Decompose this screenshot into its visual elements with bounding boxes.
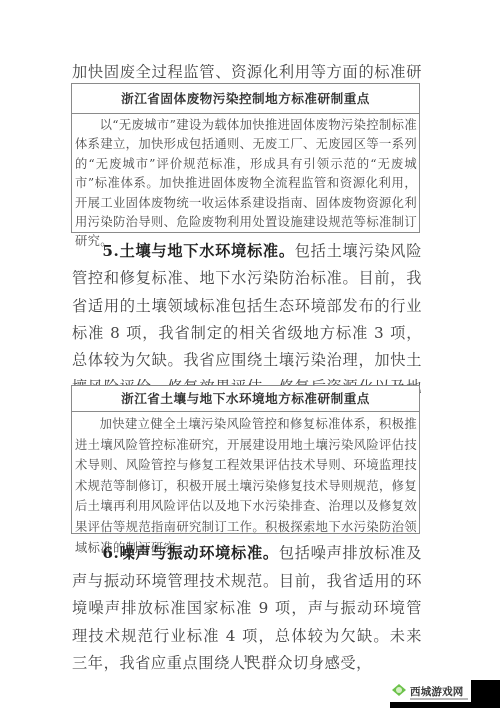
box-title: 浙江省固体废物污染控制地方标准研制重点 — [72, 84, 419, 114]
box-body: 以“无废城市”建设为载体加快推进固体废物污染控制标准体系建立，加快形成包括通则、… — [72, 114, 419, 255]
standards-box-soil-groundwater: 浙江省土壤与地下水环境地方标准研制重点 加快建立健全土壤污染风险管控和修复标准体… — [71, 385, 420, 534]
site-logo-icon — [392, 684, 407, 697]
watermark-text: 西城游戏网 — [410, 684, 464, 699]
watermark: 西城游戏网 — [390, 680, 500, 708]
watermark-black-strip — [390, 702, 500, 708]
section-6-text: 包括噪声排放标准及声与振动环境管理技术规范。目前，我省适用的环境噪声排放标准国家… — [72, 544, 422, 672]
section-5-heading: 5.土壤与地下水环境标准。 — [102, 242, 294, 260]
box-title: 浙江省土壤与地下水环境地方标准研制重点 — [72, 386, 419, 412]
box-body: 加快建立健全土壤污染风险管控和修复标准体系，积极推进土壤风险管控标准研究，开展建… — [72, 412, 419, 561]
standards-box-solid-waste: 浙江省固体废物污染控制地方标准研制重点 以“无废城市”建设为载体加快推进固体废物… — [71, 83, 420, 233]
page-number: 10 — [243, 655, 254, 665]
watermark-subline — [410, 698, 468, 700]
section-6-heading: 6.噪声与振动环境标准。 — [102, 544, 278, 562]
